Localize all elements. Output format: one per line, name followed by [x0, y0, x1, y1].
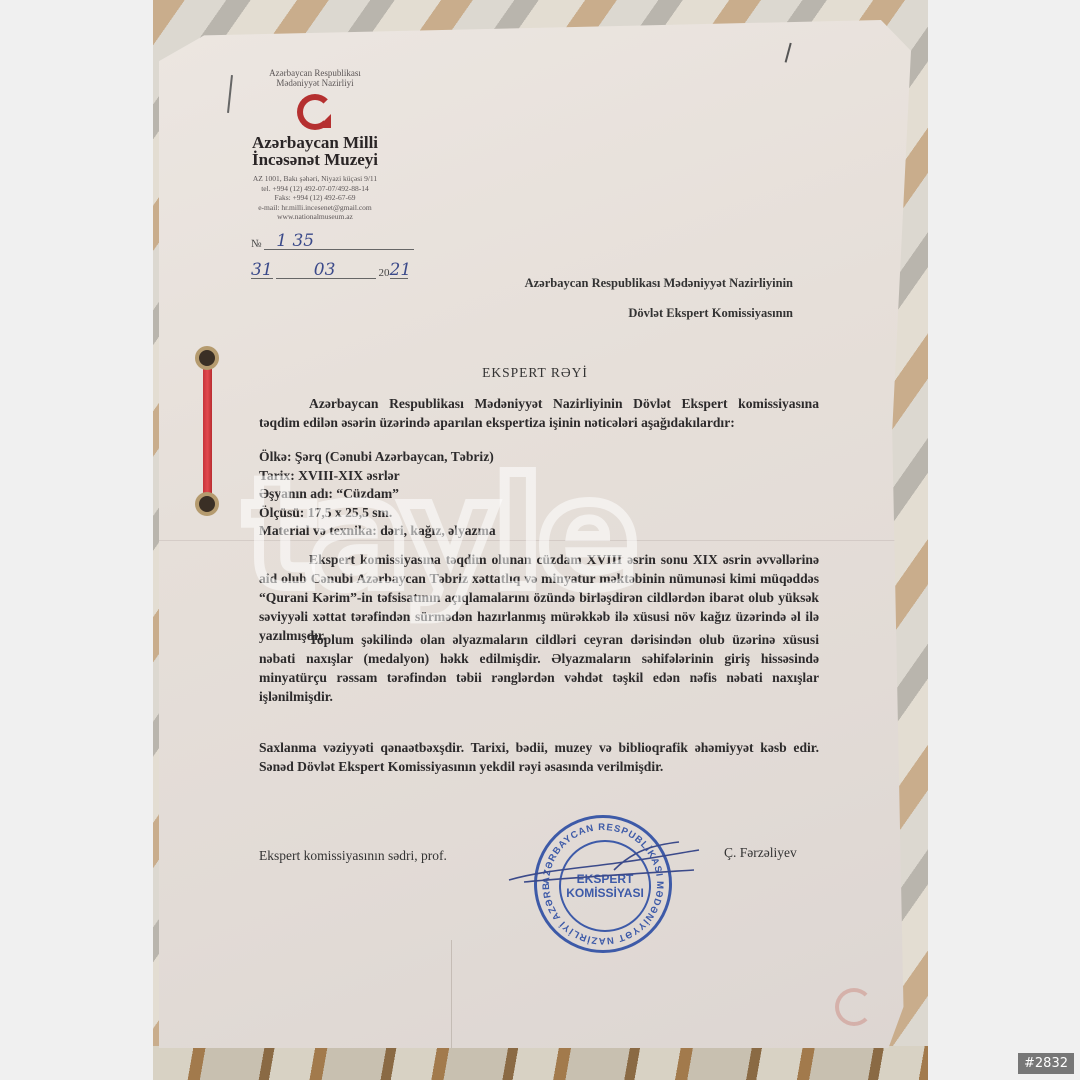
- address: AZ 1001, Bakı şəhəri, Niyazi küçəsi 9/11: [225, 174, 405, 184]
- reference-number: № 1 35: [251, 235, 414, 250]
- intro-paragraph: Azərbaycan Respublikası Mədəniyyət Nazir…: [259, 394, 819, 432]
- floor-background: [153, 1046, 928, 1080]
- document-paper: Azərbaycan Respublikası Mədəniyyət Nazir…: [159, 20, 911, 1048]
- email: e-mail: hr.milli.incesenet@gmail.com: [225, 203, 405, 213]
- reference-number-handwritten: 1 35: [276, 231, 314, 251]
- paper-crease: [451, 940, 452, 1050]
- paragraph-binding: Toplum şəkilində olan əlyazmaların cildl…: [259, 630, 819, 706]
- red-cord: [203, 358, 212, 508]
- phone: tel. +994 (12) 492-07-07/492-88-14: [225, 184, 405, 194]
- signatory-name: Ç. Fərzəliyev: [724, 845, 797, 861]
- binder-cord: [195, 346, 221, 516]
- museum-contacts: AZ 1001, Bakı şəhəri, Niyazi küçəsi 9/11…: [225, 174, 405, 222]
- paragraph-conclusion: Saxlanma vəziyyəti qənaətbəxşdir. Tarixi…: [259, 738, 819, 776]
- reference-date: 31 03 2021: [251, 264, 408, 279]
- eyelet-top: [195, 346, 219, 370]
- letterhead: Azərbaycan Respublikası Mədəniyyət Nazir…: [225, 68, 405, 222]
- date-month: 03: [314, 260, 336, 280]
- addressee-line1: Azərbaycan Respublikası Mədəniyyət Nazir…: [525, 276, 793, 291]
- number-label: №: [251, 238, 262, 250]
- eyelet-bottom: [195, 492, 219, 516]
- ministry-name-line2: Mədəniyyət Nazirliyi: [225, 78, 405, 88]
- date-year-prefix: 20: [379, 267, 390, 279]
- addressee-line2: Dövlət Ekspert Komissiyasının: [628, 306, 793, 321]
- museum-logo-icon: [297, 94, 333, 130]
- document-photo: Azərbaycan Respublikası Mədəniyyət Nazir…: [153, 0, 928, 1080]
- fax: Faks: +994 (12) 492-67-69: [225, 193, 405, 203]
- website: www.nationalmuseum.az: [225, 212, 405, 222]
- ministry-name: Azərbaycan Respublikası: [225, 68, 405, 78]
- museum-name-line2: İncəsənət Muzeyi: [225, 151, 405, 168]
- watermark: tayle: [244, 460, 633, 610]
- pen-mark: [785, 43, 802, 65]
- date-year: 21: [390, 260, 412, 280]
- handwritten-signature: [504, 840, 704, 890]
- signatory-title: Ekspert komissiyasının sədri, prof.: [259, 848, 447, 864]
- date-day: 31: [251, 260, 273, 280]
- museum-name: Azərbaycan Milli: [225, 134, 405, 151]
- document-title: EKSPERT RƏYİ: [159, 365, 911, 381]
- faded-logo-icon: [835, 988, 873, 1026]
- image-id-badge: #2832: [1018, 1053, 1074, 1074]
